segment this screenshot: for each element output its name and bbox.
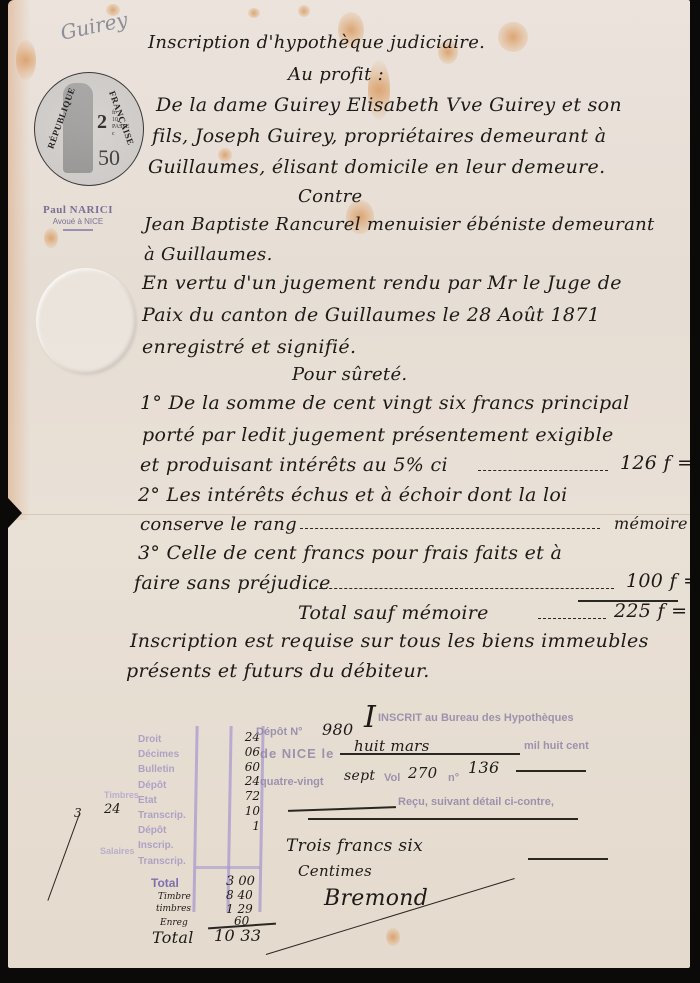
debtor-line: Jean Baptiste Rancurel menuisier ébénist… [144, 214, 655, 235]
beneficiary-line: De la dame Guirey Elisabeth Vve Guirey e… [156, 94, 622, 116]
year-cont: quatre-vingt [260, 776, 324, 788]
number-label: n° [448, 772, 459, 784]
depot-number-stamp: Dépôt N° [256, 726, 303, 738]
total-label: Total sauf mémoire [298, 602, 489, 624]
stamp-unit: fr [112, 110, 116, 116]
judgment-line: Paix du canton de Guillaumes le 28 Août … [142, 304, 600, 326]
fee-values: 24 06 60 24 72 10 1 [230, 730, 260, 834]
number-value: 136 [468, 758, 499, 777]
document-page: Guirey RÉPUBLIQUE FRANÇAISE 2 fr 10 PASS… [8, 0, 690, 968]
fee-side-label: Timbres [104, 790, 139, 800]
section-security: Pour sûreté. [292, 364, 407, 385]
foxing-stain [16, 40, 36, 80]
amount-words-2: Centimes [298, 862, 372, 880]
margin-stroke [47, 814, 80, 901]
volume-number: 270 [408, 764, 438, 782]
claim-line: 2° Les intérêts échus et à échoir dont l… [138, 484, 567, 506]
foxing-stain [386, 928, 400, 946]
receipt-stamp: Reçu, suivant détail ci-contre, [398, 796, 554, 808]
fee-value: 10 [230, 804, 260, 819]
fee-extra-label: Enreg [160, 918, 188, 928]
fee-value: 06 [230, 745, 260, 760]
stamp-c: c [112, 131, 115, 137]
fee-table-labels: Droit Décimes Bulletin Dépôt Etat Transc… [138, 732, 186, 869]
foxing-stain [498, 22, 528, 52]
claim-line: et produisant intérêts au 5% ci [140, 454, 448, 476]
tax-stamp: RÉPUBLIQUE FRANÇAISE 2 fr 10 PASSE c 50 [34, 72, 144, 186]
fee-extra-label: Timbre [158, 892, 191, 902]
beneficiary-line: Guillaumes, élisant domicile en leur dem… [148, 156, 605, 178]
fee-side-value: 24 [104, 802, 121, 817]
claim-amount: 100 f = [626, 570, 690, 592]
embossed-seal [36, 268, 136, 374]
avoue-stamp: Paul NARICI Avoué à NICE [28, 204, 128, 231]
avoue-name: Paul NARICI [28, 204, 128, 216]
claim-line: 1° De la somme de cent vingt six francs … [140, 392, 629, 414]
fee-label: Dépôt [138, 823, 186, 838]
fee-label: Dépôt [138, 778, 186, 793]
stamp-passe: PASSE [112, 124, 129, 130]
foxing-stain [248, 8, 260, 18]
fee-value: 24 [230, 774, 260, 789]
fee-row-rule [196, 866, 260, 869]
claim-line: 3° Celle de cent francs pour frais faits… [138, 542, 562, 564]
claim-line: porté par ledit jugement présentement ex… [142, 424, 614, 446]
claim-amount: mémoire [614, 514, 688, 533]
dotted-leader [538, 618, 606, 621]
conservateur-signature: Bremond [324, 886, 428, 911]
pencil-note: Guirey [58, 7, 129, 45]
fill-line [288, 806, 396, 811]
fee-extra-value: 8 40 [226, 888, 253, 902]
grand-total-label: Total [152, 928, 194, 947]
closing-line: présents et futurs du débiteur. [126, 660, 430, 682]
foxing-stain [298, 5, 310, 17]
fee-label: Transcrip. [138, 854, 186, 869]
year-handwritten: sept [344, 768, 375, 784]
date-underline [340, 753, 520, 755]
beneficiary-line: fils, Joseph Guirey, propriétaires demeu… [152, 125, 606, 147]
inscrit-stamp: INSCRIT au Bureau des Hypothèques [378, 712, 574, 724]
fee-value: 72 [230, 789, 260, 804]
dotted-leader [304, 588, 614, 591]
avoue-title: Avoué à NICE [28, 217, 128, 226]
dotted-leader [300, 528, 600, 531]
depot-label: Dépôt N° [256, 726, 303, 738]
amount-words: Trois francs six [286, 836, 423, 856]
fee-total-value: 3 00 [226, 874, 255, 889]
fee-label: Inscrip. [138, 838, 186, 853]
depot-number: 980 [322, 720, 353, 739]
fold-line [8, 514, 690, 515]
fill-line [308, 818, 578, 820]
claim-amount: 126 f = [620, 452, 690, 474]
fee-column-rule [192, 726, 198, 912]
claim-line: faire sans préjudice [134, 572, 331, 594]
fill-line [516, 770, 586, 772]
fee-total-label: Total [151, 876, 179, 890]
volume-label: Vol [384, 772, 400, 784]
total-amount: 225 f = [614, 600, 687, 622]
judgment-line: En vertu d'un jugement rendu par Mr le J… [142, 272, 622, 294]
section-against: Contre [298, 186, 363, 207]
fee-label: Bulletin [138, 762, 186, 777]
closing-line: Inscription est requise sur tous les bie… [130, 630, 649, 652]
judgment-line: enregistré et signifié. [142, 336, 356, 358]
fee-label: Décimes [138, 747, 186, 762]
dotted-leader [478, 470, 608, 473]
inscrit-initial: I [364, 700, 376, 735]
city-stamp: de NICE le [260, 746, 334, 761]
stamp-value: 2 [97, 111, 107, 134]
stamp-rule [63, 229, 93, 231]
stamp-cents: 50 [98, 145, 120, 171]
fee-extra-label: timbres [156, 904, 191, 914]
section-beneficiary: Au profit : [288, 64, 384, 85]
fee-value: 1 [230, 819, 260, 834]
year-printed: mil huit cent [524, 740, 589, 752]
foxing-stain [44, 228, 58, 248]
grand-total-value: 10 33 [214, 926, 261, 945]
fill-line [528, 858, 608, 860]
debtor-line: à Guillaumes. [144, 244, 273, 265]
claim-line: conserve le rang [140, 514, 297, 535]
stamp-value-small: fr 10 PASSE c [112, 110, 129, 138]
fee-label: Droit [138, 732, 186, 747]
fee-label: Etat [138, 793, 186, 808]
document-title: Inscription d'hypothèque judiciaire. [148, 32, 485, 53]
fee-side-label: Salaires [100, 846, 135, 856]
stamp-decimes: 10 [112, 117, 118, 123]
fee-value: 60 [230, 760, 260, 775]
fee-label: Transcrip. [138, 808, 186, 823]
